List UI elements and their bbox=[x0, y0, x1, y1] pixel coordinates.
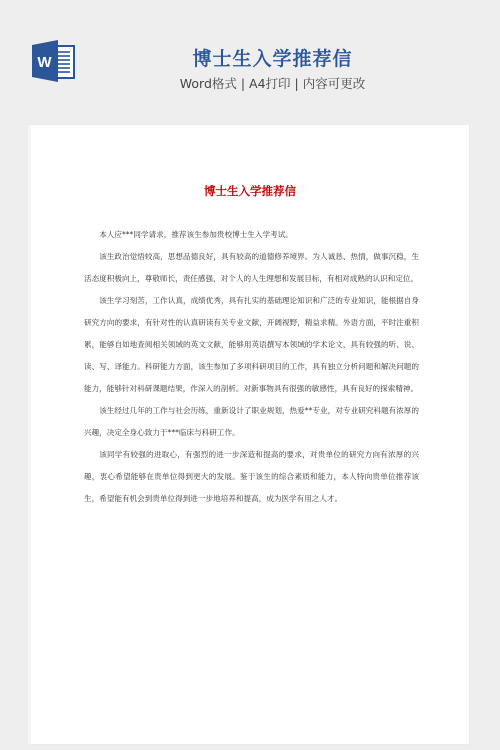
paragraph: 该生政治觉悟较高，思想品德良好，具有较高的道德修养境界。为人诚恳、热情，做事沉稳… bbox=[84, 246, 419, 290]
document-body: 本人应***同学请求，推荐该生参加贵校博士生入学考试。 该生政治觉悟较高，思想品… bbox=[84, 224, 419, 510]
paragraph: 该生经过几年的工作与社会历练，重新设计了职业规划，热爱**专业，对专业研究科题有… bbox=[84, 400, 419, 444]
paragraph: 该生学习刻苦，工作认真，成绩优秀，具有扎实的基础理论知识和广泛的专业知识，能根据… bbox=[84, 290, 419, 400]
header-subtitle: Word格式 | A4打印 | 内容可更改 bbox=[0, 74, 500, 92]
paragraph: 该同学有较强的进取心，有强烈的进一步深造和提高的要求，对贵单位的研究方向有浓厚的… bbox=[84, 444, 419, 510]
header-title: 博士生入学推荐信 bbox=[0, 44, 500, 71]
header: W 博士生入学推荐信 Word格式 | A4打印 | 内容可更改 bbox=[0, 0, 500, 120]
paragraph: 本人应***同学请求，推荐该生参加贵校博士生入学考试。 bbox=[84, 224, 419, 246]
document-title: 博士生入学推荐信 bbox=[31, 183, 469, 199]
document-page: 博士生入学推荐信 本人应***同学请求，推荐该生参加贵校博士生入学考试。 该生政… bbox=[31, 125, 469, 744]
